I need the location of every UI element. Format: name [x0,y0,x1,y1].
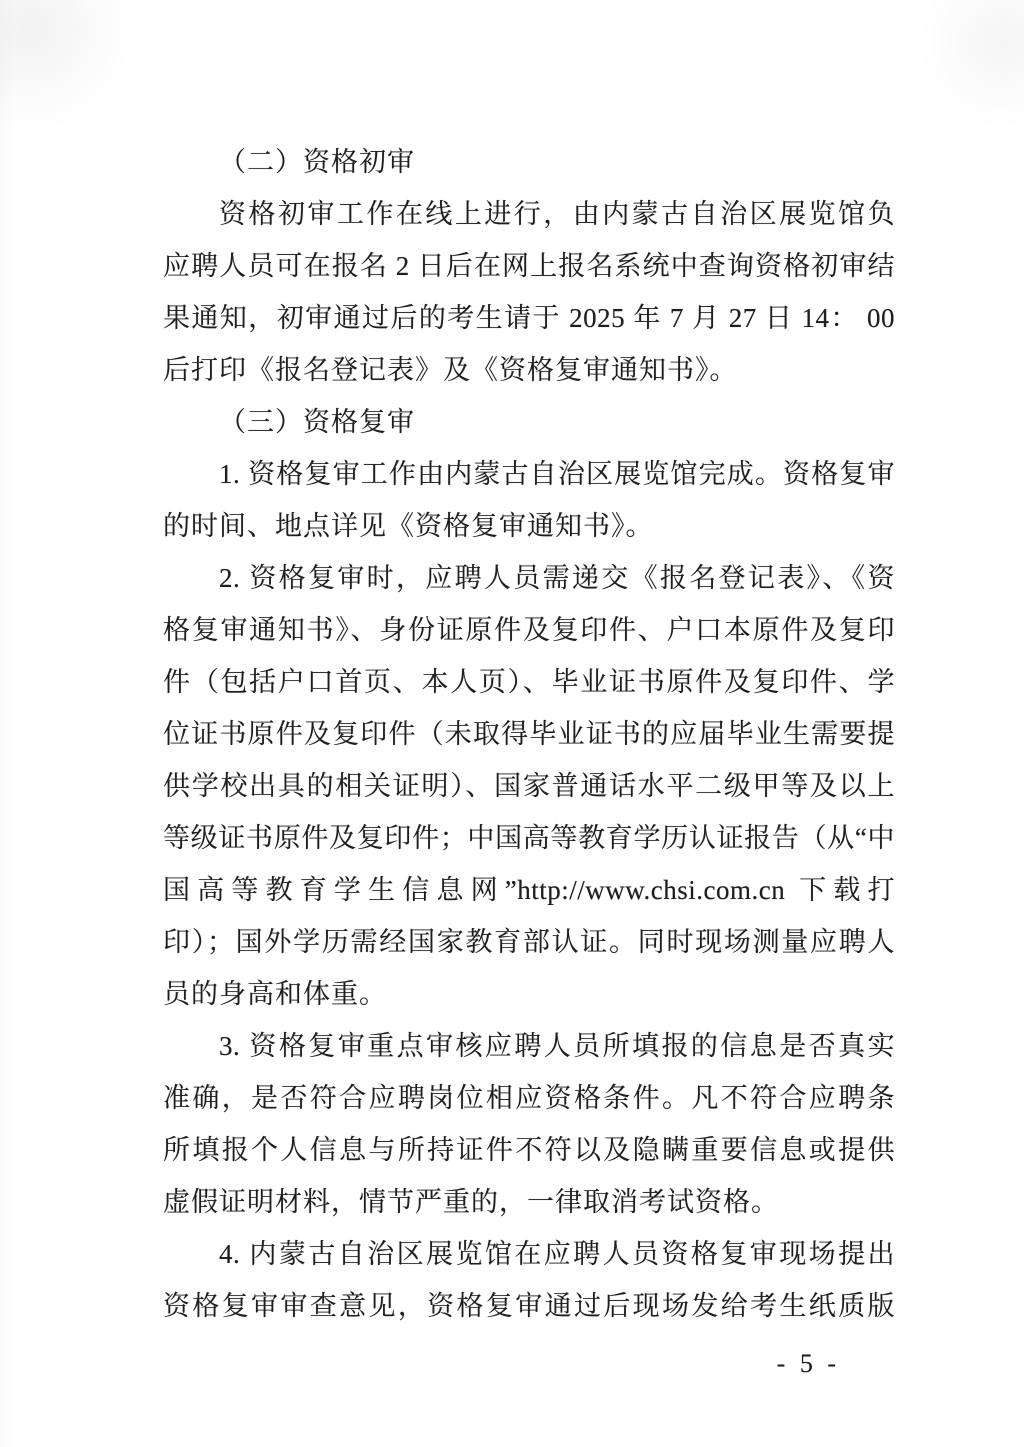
text-line: 供学校出具的相关证明）、国家普通话水平二级甲等及以上 [163,760,895,812]
page-number: - 5 - [777,1346,840,1382]
text-line: 资格复审审查意见，资格复审通过后现场发给考生纸质版 [163,1280,895,1332]
text-line: 位证书原件及复印件（未取得毕业证书的应届毕业生需要提 [163,708,895,760]
text-line: 格复审通知书》、身份证原件及复印件、户口本原件及复印 [163,604,895,656]
text-line: 后打印《报名登记表》及《资格复审通知书》。 [163,344,895,396]
text-line: 虚假证明材料，情节严重的，一律取消考试资格。 [163,1176,895,1228]
text-line: 印）；国外学历需经国家教育部认证。同时现场测量应聘人 [163,916,895,968]
text-line: 员的身高和体重。 [163,968,895,1020]
text-line: 国高等教育学生信息网”http://www.chsi.com.cn 下载打 [163,864,895,916]
text-line: 应聘人员可在报名 2 日后在网上报名系统中查询资格初审结 [163,240,895,292]
text-line: 资格初审工作在线上进行，由内蒙古自治区展览馆负责。 [163,188,895,240]
text-line: 所填报个人信息与所持证件不符以及隐瞒重要信息或提供 [163,1124,895,1176]
section-heading: （三）资格复审 [163,396,895,448]
document-body: （二）资格初审 资格初审工作在线上进行，由内蒙古自治区展览馆负责。 应聘人员可在… [163,136,895,1332]
document-page: （二）资格初审 资格初审工作在线上进行，由内蒙古自治区展览馆负责。 应聘人员可在… [0,0,1024,1447]
text-line: 3. 资格复审重点审核应聘人员所填报的信息是否真实 [163,1020,895,1072]
text-line: 等级证书原件及复印件；中国高等教育学历认证报告（从“中 [163,812,895,864]
text-line: 的时间、地点详见《资格复审通知书》。 [163,500,895,552]
text-line: 准确，是否符合应聘岗位相应资格条件。凡不符合应聘条件、 [163,1072,895,1124]
text-line: 4. 内蒙古自治区展览馆在应聘人员资格复审现场提出 [163,1228,895,1280]
section-heading: （二）资格初审 [163,136,895,188]
text-line: 果通知，初审通过后的考生请于 2025 年 7 月 27 日 14： 00 [163,292,895,344]
text-line: 1. 资格复审工作由内蒙古自治区展览馆完成。资格复审 [163,448,895,500]
text-line: 2. 资格复审时，应聘人员需递交《报名登记表》、《资 [163,552,895,604]
text-line: 件（包括户口首页、本人页）、毕业证书原件及复印件、学 [163,656,895,708]
